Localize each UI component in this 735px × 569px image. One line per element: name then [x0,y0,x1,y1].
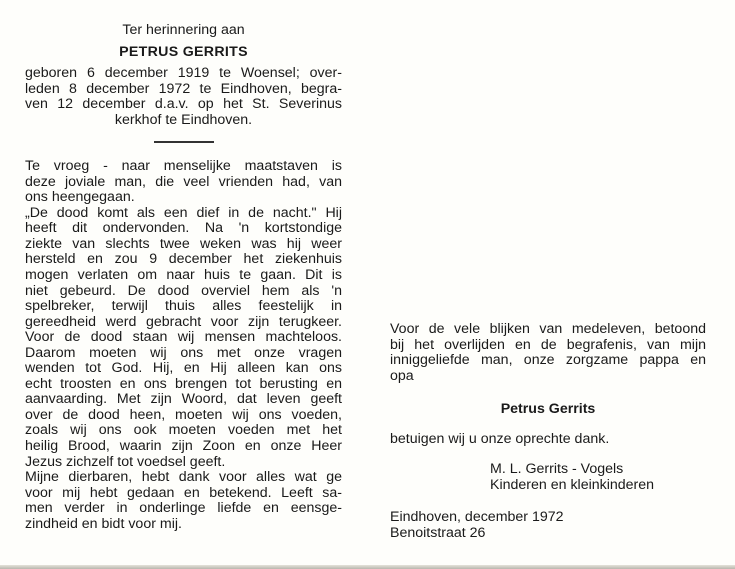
signature-line: Kinderen en kleinkinderen [490,477,706,493]
body-line: echt troosten en ons brengen tot berusti… [25,377,342,393]
left-panel: Ter herinnering aan PETRUS GERRITS gebor… [25,22,342,532]
body-line: men verder in onderlinge liefde en eensg… [25,501,342,517]
body-line: hersteld en zou 9 december het ziekenhui… [25,252,342,268]
body-line: ons heengegaan. [25,190,342,206]
body-line: wenden tot God. Hij, en Hij alleen kan o… [25,361,342,377]
details-line: kerkhof te Eindhoven. [25,113,342,129]
body-line: Jezus zichzelf tot voedsel geeft. [25,455,342,471]
signature-line: M. L. Gerrits - Vogels [490,461,706,477]
thanks-line: inniggeliefde man, onze zorgzame pappa e… [390,353,706,369]
body-line: „De dood komt als een dief in de nacht."… [25,206,342,222]
card-bottom-edge [0,565,735,569]
body-line: aanvaarding. Met zijn Woord, dat leven g… [25,392,342,408]
body-line: Daarom moeten wij ons met onze vragen [25,346,342,362]
deceased-name-heading: PETRUS GERRITS [25,44,342,60]
body-line: voor mij hebt gedaan en betekend. Leeft … [25,486,342,502]
thanks-text: Voor de vele blijken van medeleven, beto… [390,322,706,384]
body-line: spelbreker, terwijl thuis alles feesteli… [25,299,342,315]
body-line: over de dood heen, moeten wij ons voeden… [25,408,342,424]
body-line: ziekte van slechts twee weken was hij we… [25,237,342,253]
address: Benoitstraat 26 [390,525,706,541]
body-line: niet gebeurd. De dood overviel hem als '… [25,284,342,300]
signature-block: M. L. Gerrits - Vogels Kinderen en klein… [490,461,706,493]
details-line: geboren 6 december 1919 te Woensel; over… [25,66,342,82]
thanks-line: bij het overlijden en de begrafenis, van… [390,338,706,354]
body-line: mogen verlaten om naar huis te gaan. Dit… [25,268,342,284]
body-line: zoals wij ons ook moeten voeden met het [25,423,342,439]
thanks-line: Voor de vele blijken van medeleven, beto… [390,322,706,338]
details-line: leden 8 december 1972 te Eindhoven, begr… [25,82,342,98]
body-line: gereedheid werd gebracht voor zijn terug… [25,315,342,331]
memorial-text: Te vroeg - naar menselijke maatstaven is… [25,159,342,532]
body-line: heeft dit ondervonden. Na 'n kortstondig… [25,221,342,237]
deceased-name: Petrus Gerrits [390,401,706,417]
place-date: Eindhoven, december 1972 [390,509,706,525]
biographical-details: geboren 6 december 1919 te Woensel; over… [25,66,342,128]
body-line: heilig Brood, waarin zijn Zoon en onze H… [25,439,342,455]
in-memory-heading: Ter herinnering aan [25,22,342,38]
body-line: Te vroeg - naar menselijke maatstaven is [25,159,342,175]
body-line: Voor de dood staan wij mensen machteloos… [25,330,342,346]
place-and-date-block: Eindhoven, december 1972 Benoitstraat 26 [390,509,706,541]
gratitude-line: betuigen wij u onze oprechte dank. [390,431,706,447]
body-line: Mijne dierbaren, hebt dank voor alles wa… [25,470,342,486]
section-divider [154,141,214,143]
details-line: ven 12 december d.a.v. op het St. Severi… [25,97,342,113]
right-panel: Voor de vele blijken van medeleven, beto… [390,322,706,541]
body-line: deze joviale man, die veel vrienden had,… [25,175,342,191]
memorial-card: Ter herinnering aan PETRUS GERRITS gebor… [0,0,735,566]
thanks-line: opa [390,369,706,385]
body-line: zindheid en bidt voor mij. [25,517,342,533]
